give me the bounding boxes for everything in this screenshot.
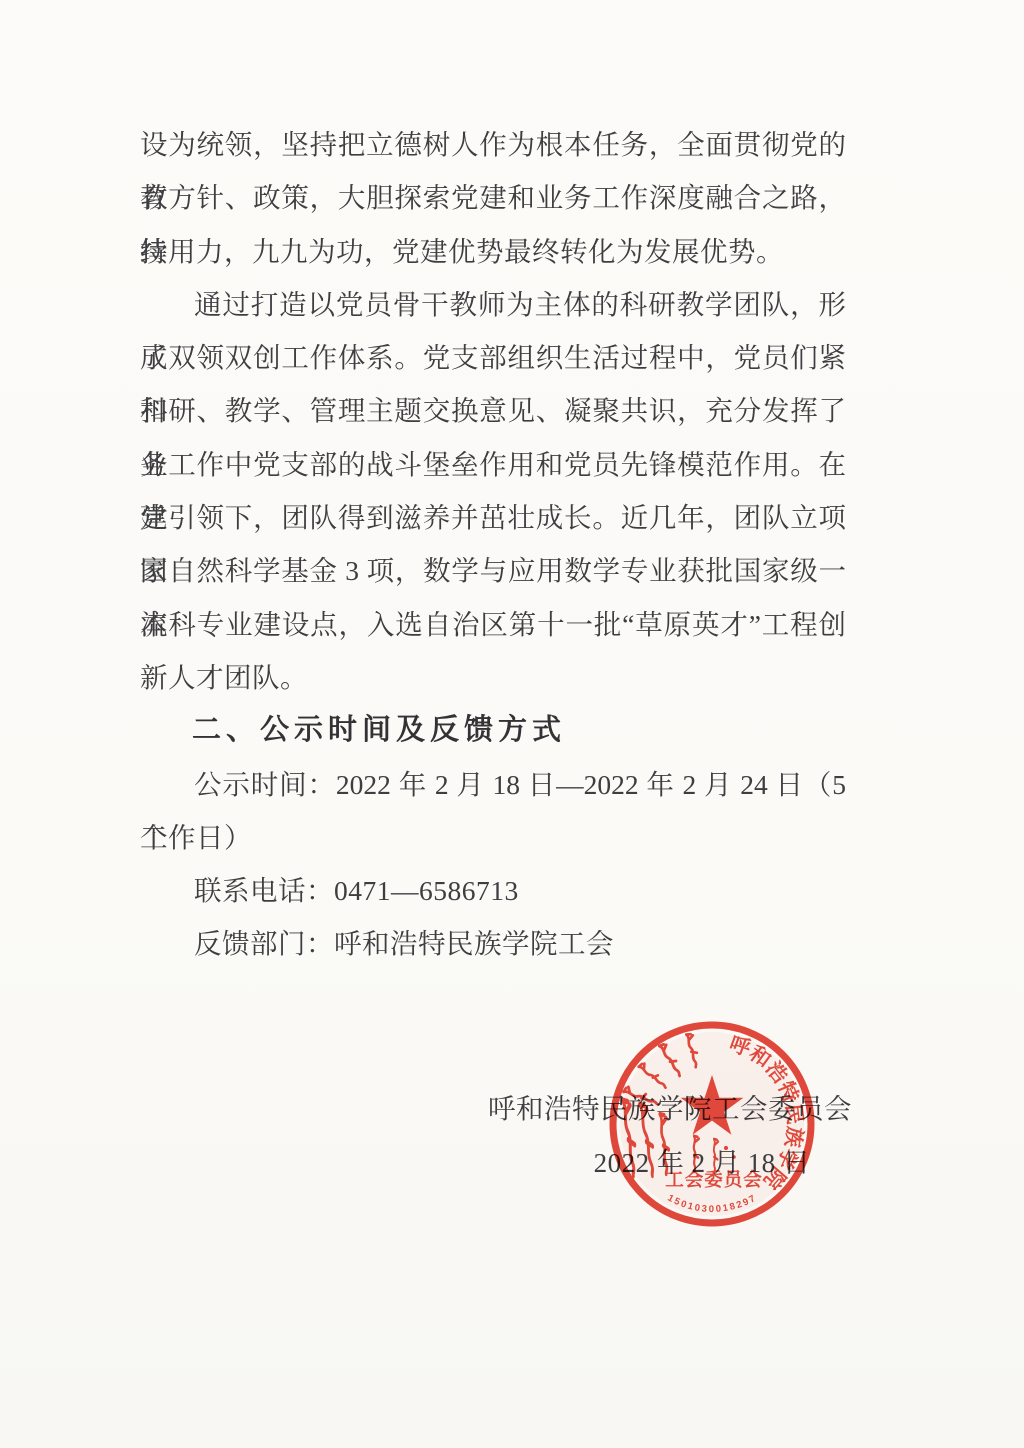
- contact-phone-line: 联系电话：0471—6586713: [140, 864, 846, 917]
- scanned-document-page: 设为统领，坚持把立德树人作为根本任务，全面贯彻党的教 育方针、政策，大胆探索党建…: [0, 0, 1024, 1448]
- body-line: 建引领下，团队得到滋养并茁壮成长。近几年，团队立项国: [140, 491, 846, 544]
- official-seal-stamp: 呼和浩特民族学院 工会委员会 1501030018297: [599, 1011, 825, 1237]
- section-heading: 二、公示时间及反馈方式: [140, 704, 846, 757]
- body-line: 家自然科学基金 3 项，数学与应用数学专业获批国家级一流: [140, 544, 846, 597]
- body-line: 了双领双创工作体系。党支部组织生活过程中，党员们紧扣: [140, 331, 846, 384]
- document-body: 设为统领，坚持把立德树人作为根本任务，全面贯彻党的教 育方针、政策，大胆探索党建…: [140, 118, 846, 971]
- body-line: 公示时间：2022 年 2 月 18 日—2022 年 2 月 24 日（5 个: [140, 758, 846, 811]
- body-line: 通过打造以党员骨干教师为主体的科研教学团队，形成: [140, 278, 846, 331]
- body-line: 育方针、政策，大胆探索党建和业务工作深度融合之路，持: [140, 171, 846, 224]
- seal-banner-text: 工会委员会: [665, 1169, 763, 1190]
- body-line: 新人才团队。: [140, 651, 846, 704]
- body-line: 务工作中党支部的战斗堡垒作用和党员先锋模范作用。在党: [140, 438, 846, 491]
- body-line: 工作日）: [140, 811, 846, 864]
- body-line: 科研、教学、管理主题交换意见、凝聚共识，充分发挥了业: [140, 384, 846, 437]
- body-line: 设为统领，坚持把立德树人作为根本任务，全面贯彻党的教: [140, 118, 846, 171]
- body-line: 本科专业建设点，入选自治区第十一批“草原英才”工程创: [140, 598, 846, 651]
- body-line: 续用力，九九为功，党建优势最终转化为发展优势。: [140, 225, 846, 278]
- feedback-department-line: 反馈部门：呼和浩特民族学院工会: [140, 917, 846, 970]
